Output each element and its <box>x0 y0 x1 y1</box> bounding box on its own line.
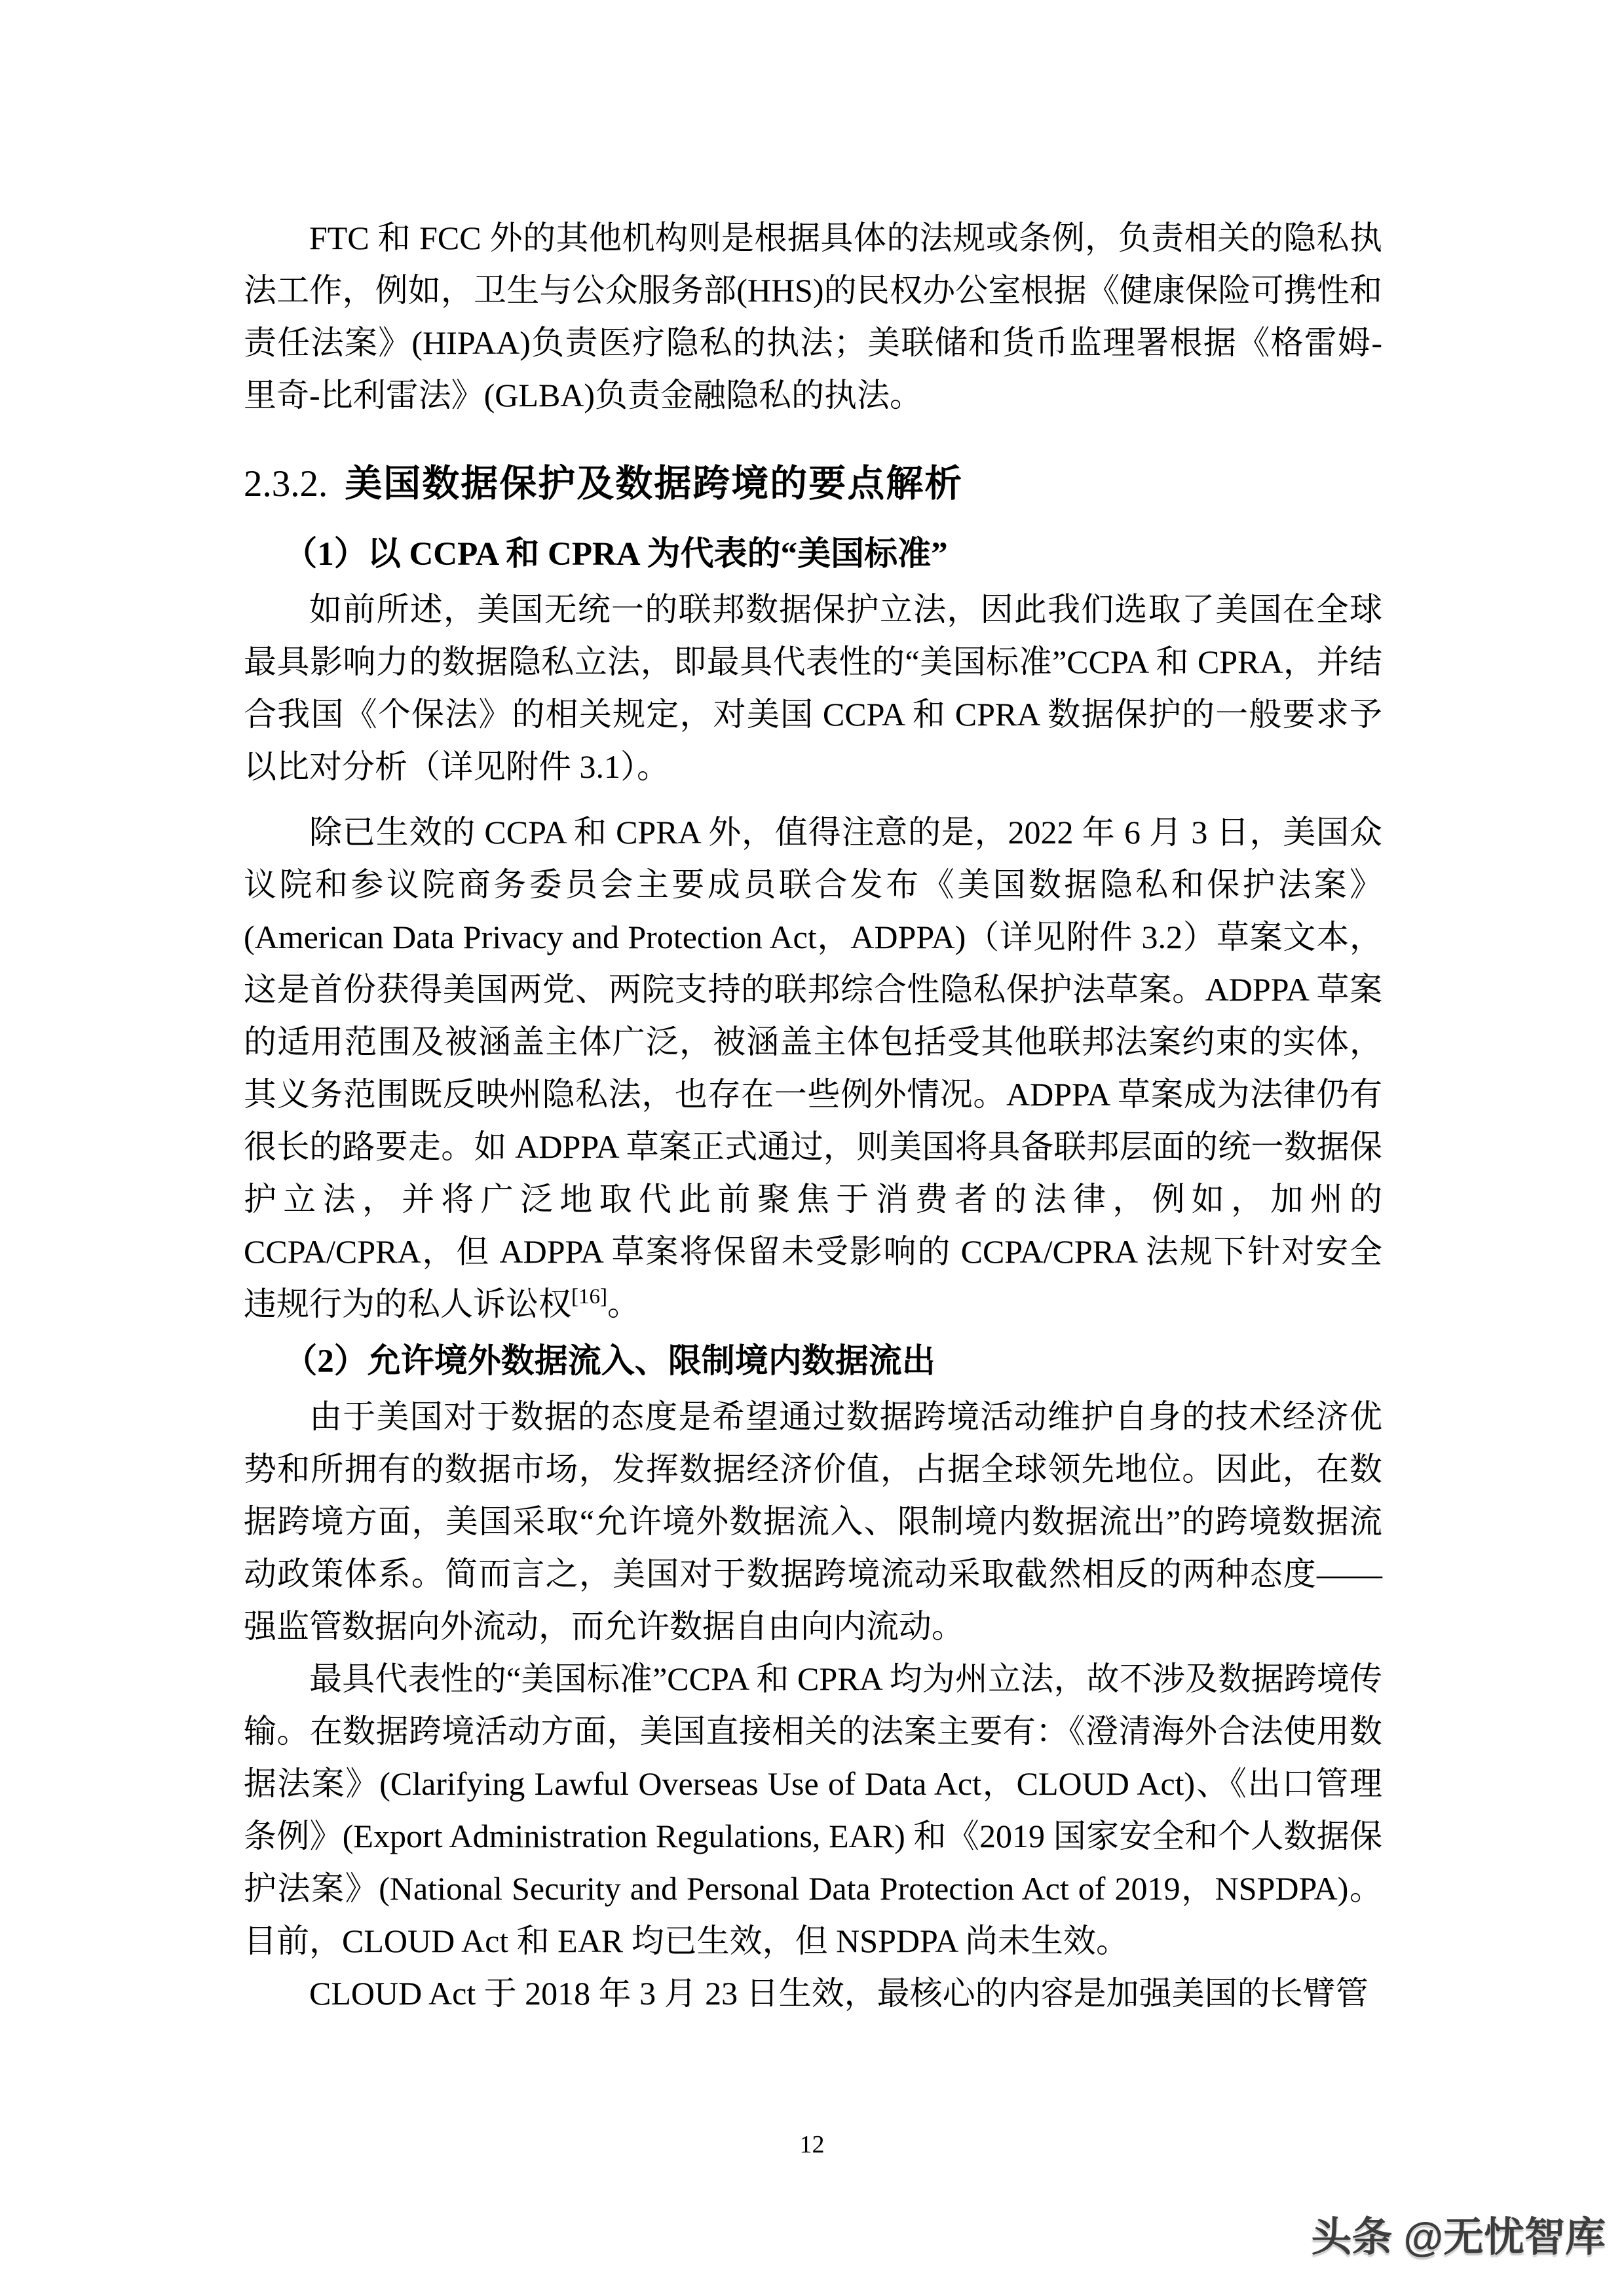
document-content: FTC 和 FCC 外的其他机构则是根据具体的法规或条例，负责相关的隐私执法工作… <box>244 212 1382 2019</box>
paragraph-ccpa-cpra-intro: 如前所述，美国无统一的联邦数据保护立法，因此我们选取了美国在全球最具影响力的数据… <box>244 583 1382 793</box>
paragraph-cross-border-acts: 最具代表性的“美国标准”CCPA 和 CPRA 均为州立法，故不涉及数据跨境传输… <box>244 1653 1382 1967</box>
paragraph-data-flow-policy: 由于美国对于数据的态度是希望通过数据跨境活动维护自身的技术经济优势和所拥有的数据… <box>244 1390 1382 1653</box>
paragraph-text-end: 。 <box>607 1286 640 1322</box>
paragraph-adppa: 除已生效的 CCPA 和 CPRA 外，值得注意的是，2022 年 6 月 3 … <box>244 806 1382 1330</box>
subsection-heading-2: （2）允许境外数据流入、限制境内数据流出 <box>244 1335 1382 1388</box>
page-number: 12 <box>0 2128 1624 2161</box>
document-page: FTC 和 FCC 外的其他机构则是根据具体的法规或条例，负责相关的隐私执法工作… <box>0 0 1624 2296</box>
paragraph-cloud-act: CLOUD Act 于 2018 年 3 月 23 日生效，最核心的内容是加强美… <box>244 1967 1382 2019</box>
paragraph-text: 除已生效的 CCPA 和 CPRA 外，值得注意的是，2022 年 6 月 3 … <box>244 814 1382 1322</box>
paragraph-ftc-fcc: FTC 和 FCC 外的其他机构则是根据具体的法规或条例，负责相关的隐私执法工作… <box>244 212 1382 421</box>
section-title: 美国数据保护及数据跨境的要点解析 <box>345 463 963 505</box>
section-number: 2.3.2. <box>244 463 328 505</box>
subsection-heading-1: （1）以 CCPA 和 CPRA 为代表的“美国标准” <box>244 528 1382 581</box>
section-heading: 2.3.2.美国数据保护及数据跨境的要点解析 <box>244 454 1382 514</box>
watermark: 头条 @无忧智库 <box>1311 2210 1606 2266</box>
footnote-ref: [16] <box>571 1285 607 1309</box>
